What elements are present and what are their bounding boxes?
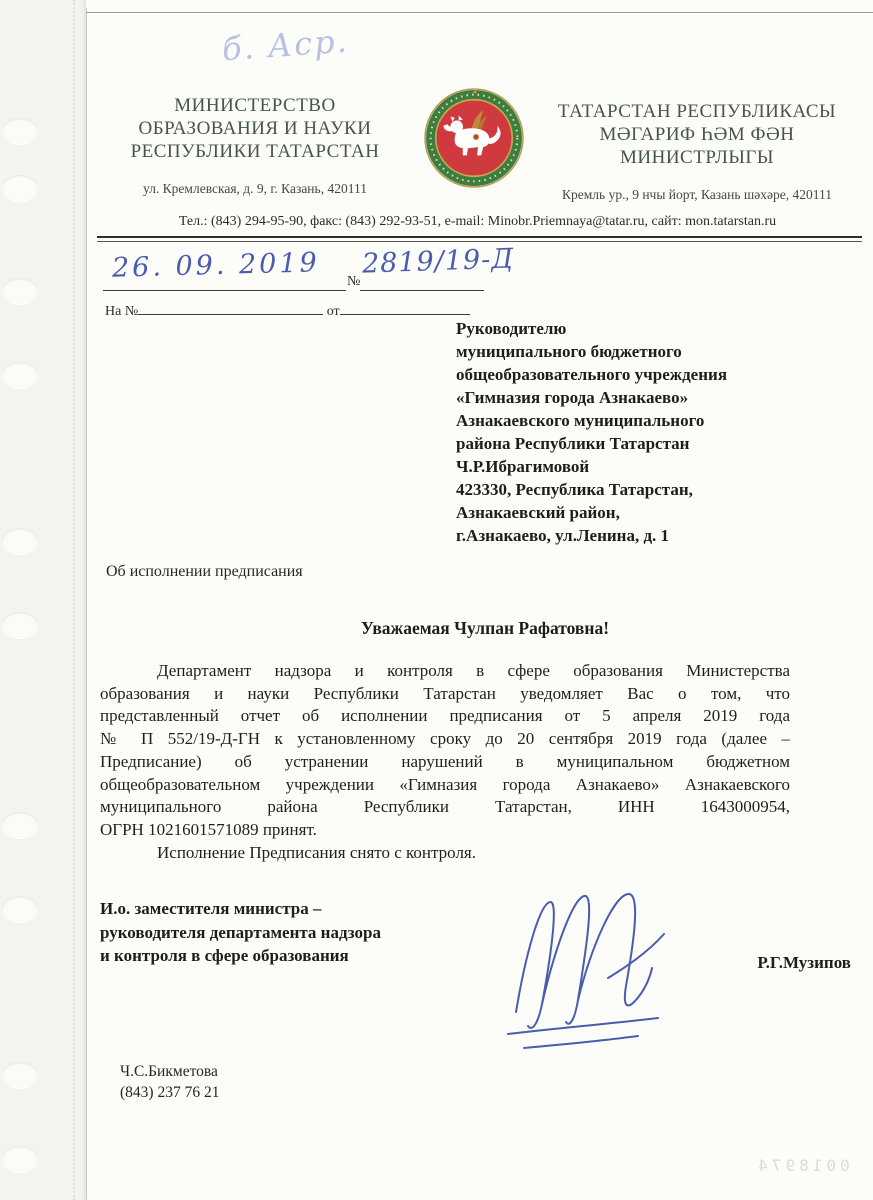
punch-hole <box>2 812 38 838</box>
handwritten-reg-number: 2819/19-Д <box>362 243 515 279</box>
date-underline <box>103 290 346 291</box>
salutation: Уважаемая Чулпан Рафатовна! <box>100 618 790 639</box>
punch-hole <box>2 175 38 201</box>
punch-hole <box>2 362 38 388</box>
tatarstan-emblem-icon <box>423 87 525 189</box>
paper-edge <box>86 8 87 1200</box>
letter-body: Департамент надзора и контроля в сфере о… <box>100 660 790 864</box>
punch-hole <box>2 278 38 304</box>
ministry-address-russian: ул. Кремлевская, д. 9, г. Казань, 420111 <box>100 181 410 197</box>
number-symbol: № <box>347 274 360 290</box>
punch-hole <box>2 528 38 554</box>
punch-hole <box>2 118 38 144</box>
na-no-blank <box>138 300 323 315</box>
number-underline <box>360 290 484 291</box>
paper-edge-top <box>86 12 873 13</box>
na-no-label: На № <box>105 304 138 320</box>
bleed-through-form-number: 0018974 <box>742 1156 862 1175</box>
executor-name: Ч.С.Бикметова <box>120 1061 219 1082</box>
executor-phone: (843) 237 76 21 <box>120 1082 219 1103</box>
ministry-address-tatar: Кремль ур., 9 нчы йорт, Казань шәхәре, 4… <box>528 187 866 203</box>
subject-line: Об исполнении предписания <box>106 563 303 581</box>
handwritten-annotation: б. Аср. <box>221 22 350 69</box>
contact-line: Тел.: (843) 294-95-90, факс: (843) 292-9… <box>90 214 865 230</box>
punch-hole <box>2 1062 38 1088</box>
executor-block: Ч.С.Бикметова (843) 237 76 21 <box>120 1061 219 1103</box>
perforation-line <box>73 0 75 1200</box>
ministry-name-russian: МИНИСТЕРСТВО ОБРАЗОВАНИЯ И НАУКИ РЕСПУБЛ… <box>100 94 410 197</box>
signer-name: Р.Г.Музипов <box>757 953 851 973</box>
ministry-name-tatar: ТАТАРСТАН РЕСПУБЛИКАСЫ МӘГАРИФ ҺӘМ ФӘН М… <box>528 100 866 203</box>
ot-blank <box>340 300 470 315</box>
punch-hole <box>2 896 38 922</box>
ot-label: от <box>327 304 340 320</box>
recipient-block: Руководителю муниципального бюджетного о… <box>456 317 828 547</box>
punch-hole <box>2 612 38 638</box>
punch-hole <box>2 1146 38 1172</box>
scanned-letter-page: б. Аср. МИНИСТЕРСТВО ОБРАЗОВАНИЯ И НАУКИ… <box>0 0 873 1200</box>
handwritten-date: 26. 09. 2019 <box>112 247 321 283</box>
reference-row: На № от <box>105 300 470 320</box>
divider-rule <box>97 236 862 242</box>
signer-position: И.о. заместителя министра – руководителя… <box>100 897 381 968</box>
signature-scribble <box>488 882 708 1052</box>
